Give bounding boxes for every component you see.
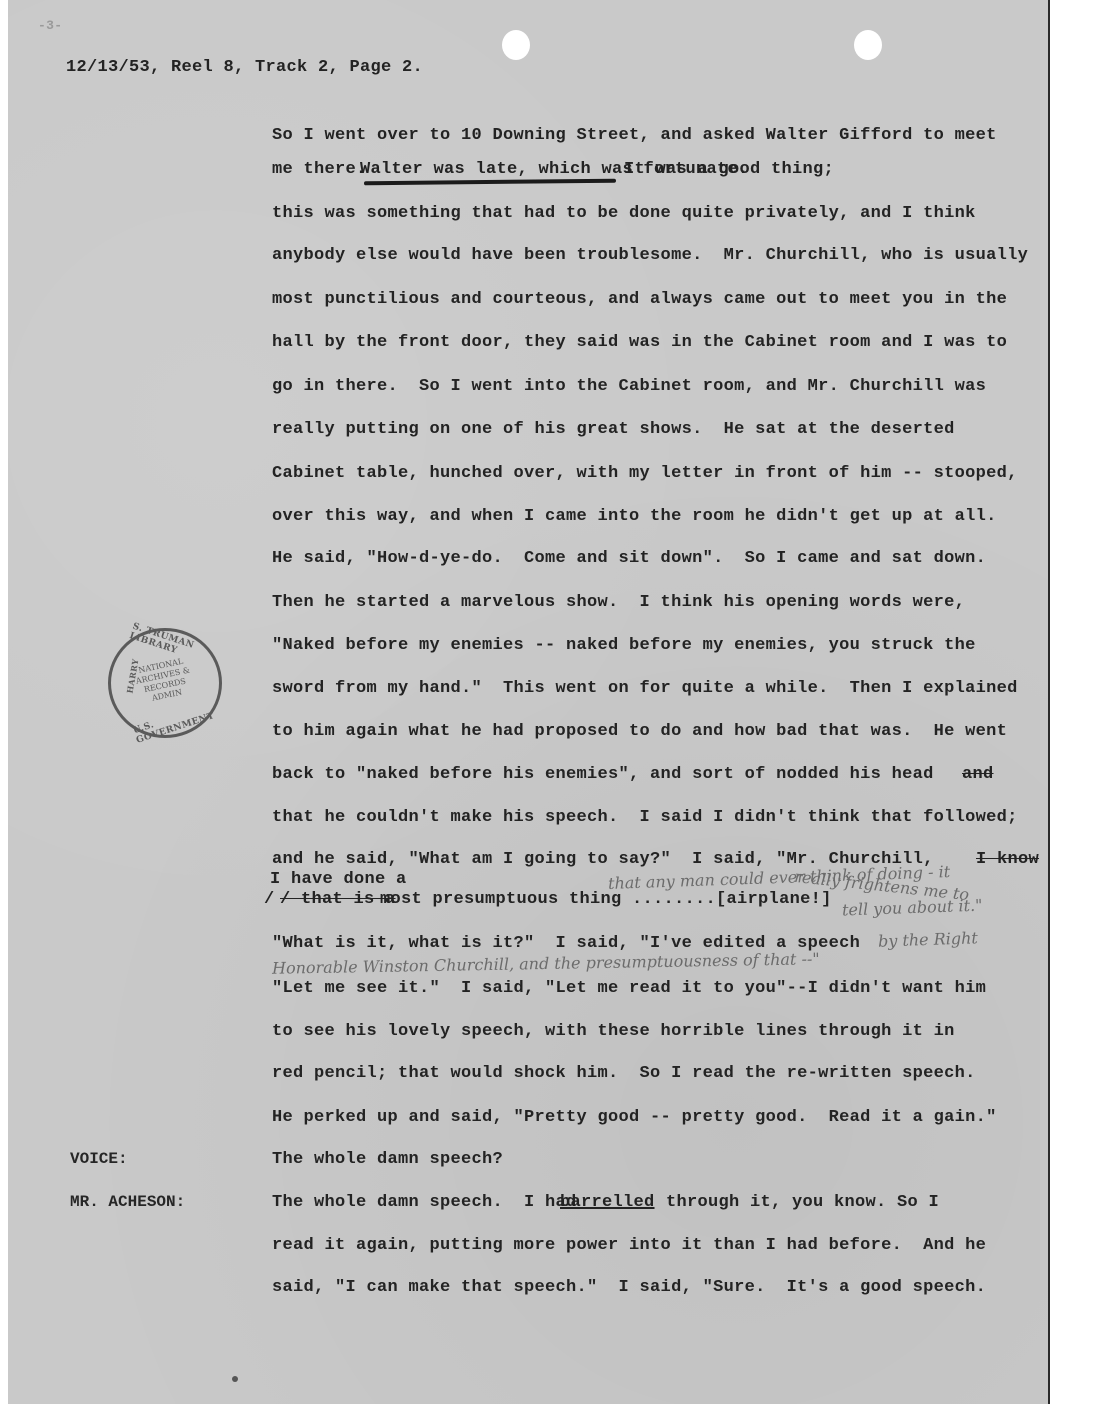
text-line: most presumptuous thing ........[airplan… [380, 890, 832, 909]
text-line: "Let me see it." I said, "Let me read it… [272, 979, 986, 998]
text-line: red pencil; that would shock him. So I r… [272, 1064, 976, 1083]
ink-spot [232, 1376, 238, 1382]
text-line: It was a good thing; [624, 160, 834, 179]
text-line: Then he started a marvelous show. I thin… [272, 593, 965, 612]
handwritten-insert: by the Right [878, 928, 978, 950]
text-line: He said, "How-d-ye-do. Come and sit down… [272, 549, 986, 568]
punch-hole [502, 30, 530, 60]
text-line: anybody else would have been troublesome… [272, 246, 1028, 265]
page-marker: -3- [38, 18, 62, 33]
text-line: Cabinet table, hunched over, with my let… [272, 464, 1018, 483]
text-line: So I went over to 10 Downing Street, and… [272, 126, 997, 145]
text-line: to see his lovely speech, with these hor… [272, 1022, 955, 1041]
text-line: back to "naked before his enemies", and … [272, 765, 934, 784]
text-line: said, "I can make that speech." I said, … [272, 1278, 986, 1297]
text-line: "Naked before my enemies -- naked before… [272, 636, 976, 655]
text-line: He perked up and said, "Pretty good -- p… [272, 1108, 997, 1127]
struck-text: I know [976, 850, 1039, 869]
text-line: that he couldn't make his speech. I said… [272, 808, 1018, 827]
text-line: most punctilious and courteous, and alwa… [272, 290, 1007, 309]
library-stamp: S. TRUMAN LIBRARY HARRY NATIONAL ARCHIVE… [108, 628, 222, 738]
text-line: through it, you know. So I [666, 1193, 939, 1212]
inserted-text: I have done a [270, 870, 407, 889]
stamp-ring-bottom: U.S. GOVERNMENT [132, 700, 220, 746]
text-line: read it again, putting more power into i… [272, 1236, 986, 1255]
text-line: really putting on one of his great shows… [272, 420, 955, 439]
document-page: -3- 12/13/53, Reel 8, Track 2, Page 2. S… [8, 0, 1050, 1404]
struck-text: / that is a [280, 890, 396, 909]
handwritten-insert: Honorable Winston Churchill, and the pre… [272, 949, 820, 978]
text-line: go in there. So I went into the Cabinet … [272, 377, 986, 396]
margin-slash: / [264, 890, 275, 909]
text-line: to him again what he had proposed to do … [272, 722, 1007, 741]
speaker-acheson: MR. ACHESON: [70, 1193, 185, 1211]
text-line: sword from my hand." This went on for qu… [272, 679, 1018, 698]
speaker-voice: VOICE: [70, 1150, 128, 1168]
text-line: hall by the front door, they said was in… [272, 333, 1007, 352]
handwritten-insert: tell you about it." [842, 896, 983, 920]
text-line: The whole damn speech. I had [272, 1193, 577, 1212]
text-line: me there. [272, 160, 367, 179]
text-line: this was something that had to be done q… [272, 204, 976, 223]
punch-hole [854, 30, 882, 60]
struck-text: and [962, 765, 994, 784]
text-line: over this way, and when I came into the … [272, 507, 997, 526]
underlined-text: barrelled [560, 1193, 655, 1212]
text-line: The whole damn speech? [272, 1150, 503, 1169]
document-header: 12/13/53, Reel 8, Track 2, Page 2. [66, 58, 423, 77]
pen-underline [364, 179, 616, 186]
